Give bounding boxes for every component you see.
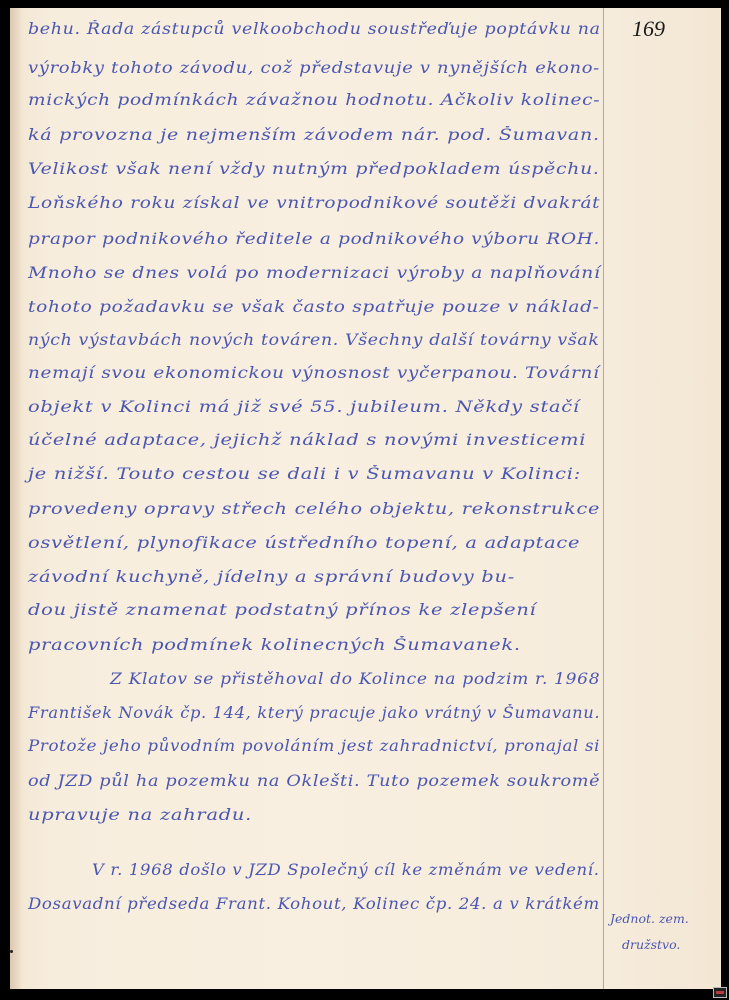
text-line: Z Klatov se přistěhoval do Kolince na po… xyxy=(110,670,600,688)
text-line: nemají svou ekonomickou výnosnost vyčerp… xyxy=(28,364,600,382)
text-line: upravuje na zahradu. xyxy=(28,806,252,824)
text-line: Velikost však není vždy nutným předpokla… xyxy=(28,160,600,178)
document-page: 169 behu. Řada zástupců velkoobchodu sou… xyxy=(10,8,721,989)
margin-rule-line xyxy=(603,8,604,989)
text-line: mických podmínkách závažnou hodnotu. Ačk… xyxy=(28,91,600,109)
binding-shadow xyxy=(10,8,22,989)
text-line: ných výstavbách nových továren. Všechny … xyxy=(28,331,600,349)
paper-speck xyxy=(10,950,13,953)
margin-note: Jednot. zem. družstvo. xyxy=(610,906,720,958)
text-line: od JZD půl ha pozemku na Oklešti. Tuto p… xyxy=(28,772,600,790)
margin-note-line: družstvo. xyxy=(610,932,720,958)
text-line: provedeny opravy střech celého objektu, … xyxy=(28,500,600,518)
text-line: výrobky tohoto závodu, což představuje v… xyxy=(28,59,600,77)
text-line: behu. Řada zástupců velkoobchodu soustře… xyxy=(28,20,601,38)
text-line: Loňského roku získal ve vnitropodnikové … xyxy=(28,194,600,212)
text-line: účelné adaptace, jejichž náklad s novými… xyxy=(28,431,586,449)
text-line: prapor podnikového ředitele a podnikovéh… xyxy=(28,230,600,248)
text-line: ká provozna je nejmenším závodem nár. po… xyxy=(28,126,600,144)
text-line: osvětlení, plynofikace ústředního topení… xyxy=(28,534,580,552)
text-line: objekt v Kolinci má již své 55. jubileum… xyxy=(28,398,580,416)
text-line: závodní kuchyně, jídelny a správní budov… xyxy=(28,568,515,586)
text-line: Dosavadní předseda Frant. Kohout, Koline… xyxy=(28,895,600,913)
text-line: tohoto požadavku se však často spatřuje … xyxy=(28,298,600,316)
text-line: Mnoho se dnes volá po modernizaci výroby… xyxy=(28,264,601,282)
text-line: Protože jeho původním povoláním jest zah… xyxy=(28,737,600,755)
text-line: František Novák čp. 144, který pracuje j… xyxy=(28,704,600,722)
page-number: 169 xyxy=(632,16,665,42)
margin-note-line: Jednot. zem. xyxy=(610,906,720,932)
text-line: je nižší. Touto cestou se dali i v Šumav… xyxy=(28,465,581,483)
text-line: dou jistě znamenat podstatný přínos ke z… xyxy=(28,601,537,619)
text-line: V r. 1968 došlo v JZD Společný cíl ke zm… xyxy=(92,861,600,879)
text-line: pracovních podmínek kolinecných Šumavane… xyxy=(28,636,521,654)
viewer-corner-icon xyxy=(713,987,727,998)
